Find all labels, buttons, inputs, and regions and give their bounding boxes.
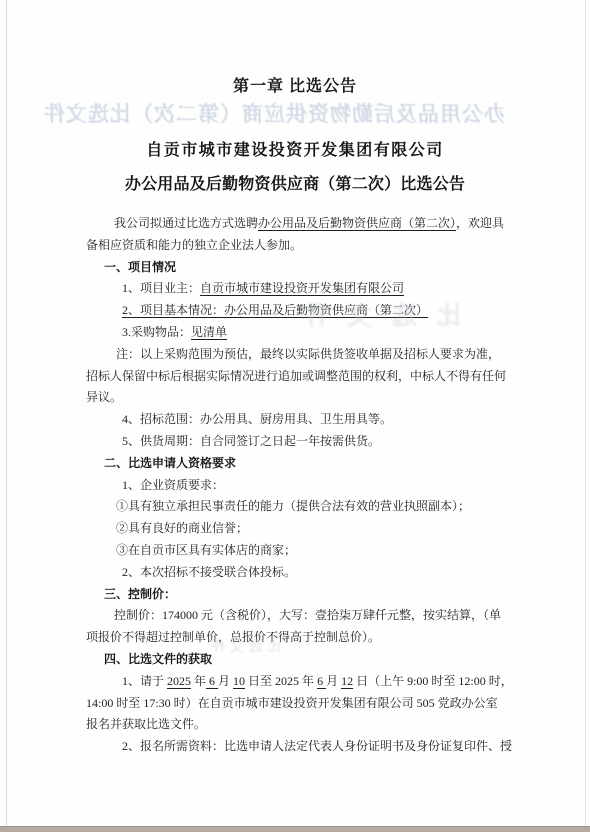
underlined-text: 办公用品及后勤物资供应商（第二次） — [258, 216, 456, 230]
underlined-text: 2、项目基本情况：办公用品及后勤物资供应商（第二次） — [122, 303, 428, 317]
doc-line: 四、比选文件的获取 — [86, 649, 520, 671]
text-segment: ②具有良好的商业信誉； — [116, 521, 248, 535]
page-scan-edge-bottom — [0, 826, 590, 832]
doc-line: ①具有独立承担民事责任的能力（提供合法有效的营业执照副本）； — [86, 496, 520, 518]
document-page: 办公用品及后勤物资供应商（第二次）比选文件 比选文件 比选文件 第一章 比选公告… — [0, 0, 590, 832]
text-segment: 异议。 — [86, 390, 122, 404]
doc-line: 我公司拟通过比选方式选聘办公用品及后勤物资供应商（第二次），欢迎具 — [86, 213, 520, 235]
text-segment: 月 — [218, 674, 233, 688]
underlined-text: 12 — [341, 674, 353, 688]
doc-line: 一、项目情况 — [86, 257, 520, 279]
text-segment: 2、本次招标不接受联合体投标。 — [122, 565, 296, 579]
doc-line: 3.采购物品：见清单 — [86, 322, 520, 344]
doc-line: 2、报名所需资料：比选申请人法定代表人身份证明书及身份证复印件、授 — [86, 736, 520, 758]
underlined-text: 见清单 — [191, 325, 227, 339]
doc-line: 1、项目业主：自贡市城市建设投资开发集团有限公司 — [86, 278, 520, 300]
doc-line: 注：以上采购范围为预估，最终以实际供货签收单据及招标人要求为准， — [86, 344, 520, 366]
text-segment: 月 — [326, 674, 341, 688]
text-segment: 注：以上采购范围为预估，最终以实际供货签收单据及招标人要求为准， — [116, 347, 500, 361]
doc-line: 招标人保留中标后根据实际情况进行追加或调整范围的权利，中标人不得有任何 — [86, 366, 520, 388]
text-segment: 四、比选文件的获取 — [104, 652, 212, 666]
text-segment: ③在自贡市区具有实体店的商家； — [116, 543, 296, 557]
doc-line: 14:00 时至 17:30 时）在自贡市城市建设投资开发集团有限公司 505 … — [86, 693, 520, 715]
doc-line: 项报价不得超过控制单价，总报价不得高于控制总价）。 — [86, 627, 520, 649]
underlined-text: 2025 — [167, 674, 191, 688]
doc-line: ③在自贡市区具有实体店的商家； — [86, 540, 520, 562]
document-heading-company: 自贡市城市建设投资开发集团有限公司 — [0, 137, 590, 160]
text-segment: 年 — [191, 674, 206, 688]
underlined-text: 10 — [233, 674, 245, 688]
doc-line: 异议。 — [86, 387, 520, 409]
text-segment: 一、项目情况 — [104, 260, 176, 274]
doc-line: ②具有良好的商业信誉； — [86, 518, 520, 540]
doc-line: 2、本次招标不接受联合体投标。 — [86, 562, 520, 584]
underlined-text: 6 — [206, 674, 218, 688]
text-segment: 三、控制价： — [104, 587, 176, 601]
underlined-text: 自贡市城市建设投资开发集团有限公司 — [200, 281, 404, 295]
document-heading-subject: 办公用品及后勤物资供应商（第二次）比选公告 — [0, 171, 590, 194]
text-segment: 备相应资质和能力的独立企业法人参加。 — [86, 238, 302, 252]
underlined-text: 6 — [317, 674, 326, 688]
doc-line: 1、企业资质要求： — [86, 475, 520, 497]
bleedthrough-ghost-text: 办公用品及后勤物资供应商（第二次）比选文件 — [90, 98, 505, 128]
document-body: 我公司拟通过比选方式选聘办公用品及后勤物资供应商（第二次），欢迎具备相应资质和能… — [0, 213, 590, 758]
doc-line: 2、项目基本情况：办公用品及后勤物资供应商（第二次） — [86, 300, 520, 322]
text-segment: 1、企业资质要求： — [122, 478, 224, 492]
text-segment: 控制价：174000 元（含税价），大写：壹拾柒万肆仟元整，按实结算，（单 — [114, 608, 501, 622]
text-segment: 招标人保留中标后根据实际情况进行追加或调整范围的权利，中标人不得有任何 — [86, 369, 506, 383]
doc-line: 4、招标范围：办公用具、厨房用具、卫生用具等。 — [86, 409, 520, 431]
doc-line: 二、比选申请人资格要求 — [86, 453, 520, 475]
text-segment: 报名并获取比选文件。 — [86, 717, 206, 731]
doc-line: 报名并获取比选文件。 — [86, 714, 520, 736]
doc-line: 备相应资质和能力的独立企业法人参加。 — [86, 235, 520, 257]
page-edge-left — [6, 0, 7, 832]
text-segment: 4、招标范围：办公用具、厨房用具、卫生用具等。 — [122, 412, 392, 426]
chapter-title: 第一章 比选公告 — [0, 0, 590, 96]
text-segment: 二、比选申请人资格要求 — [104, 456, 236, 470]
text-segment: ，欢迎具 — [456, 216, 504, 230]
text-segment: 5、供货周期：自合同签订之日起一年按需供货。 — [122, 434, 380, 448]
text-segment: 1、请于 — [122, 674, 167, 688]
text-segment: 项报价不得超过控制单价，总报价不得高于控制总价）。 — [86, 630, 380, 644]
doc-line: 5、供货周期：自合同签订之日起一年按需供货。 — [86, 431, 520, 453]
doc-line: 1、请于 2025 年 6 月 10 日至 2025 年 6 月 12 日（上午… — [86, 671, 520, 693]
text-segment: 14:00 时至 17:30 时）在自贡市城市建设投资开发集团有限公司 505 … — [86, 696, 498, 710]
text-segment: 1、项目业主： — [122, 281, 200, 295]
text-segment: 2、报名所需资料：比选申请人法定代表人身份证明书及身份证复印件、授 — [122, 739, 512, 753]
text-segment: 3.采购物品： — [122, 325, 191, 339]
text-segment: 日至 2025 年 — [245, 674, 317, 688]
text-segment: ①具有独立承担民事责任的能力（提供合法有效的营业执照副本）； — [116, 499, 470, 513]
doc-line: 三、控制价： — [86, 584, 520, 606]
doc-line: 控制价：174000 元（含税价），大写：壹拾柒万肆仟元整，按实结算，（单 — [86, 605, 520, 627]
text-segment: 日（上午 9:00 时至 12:00 时， — [353, 674, 513, 688]
text-segment: 我公司拟通过比选方式选聘 — [114, 216, 258, 230]
page-edge-right — [585, 0, 586, 832]
